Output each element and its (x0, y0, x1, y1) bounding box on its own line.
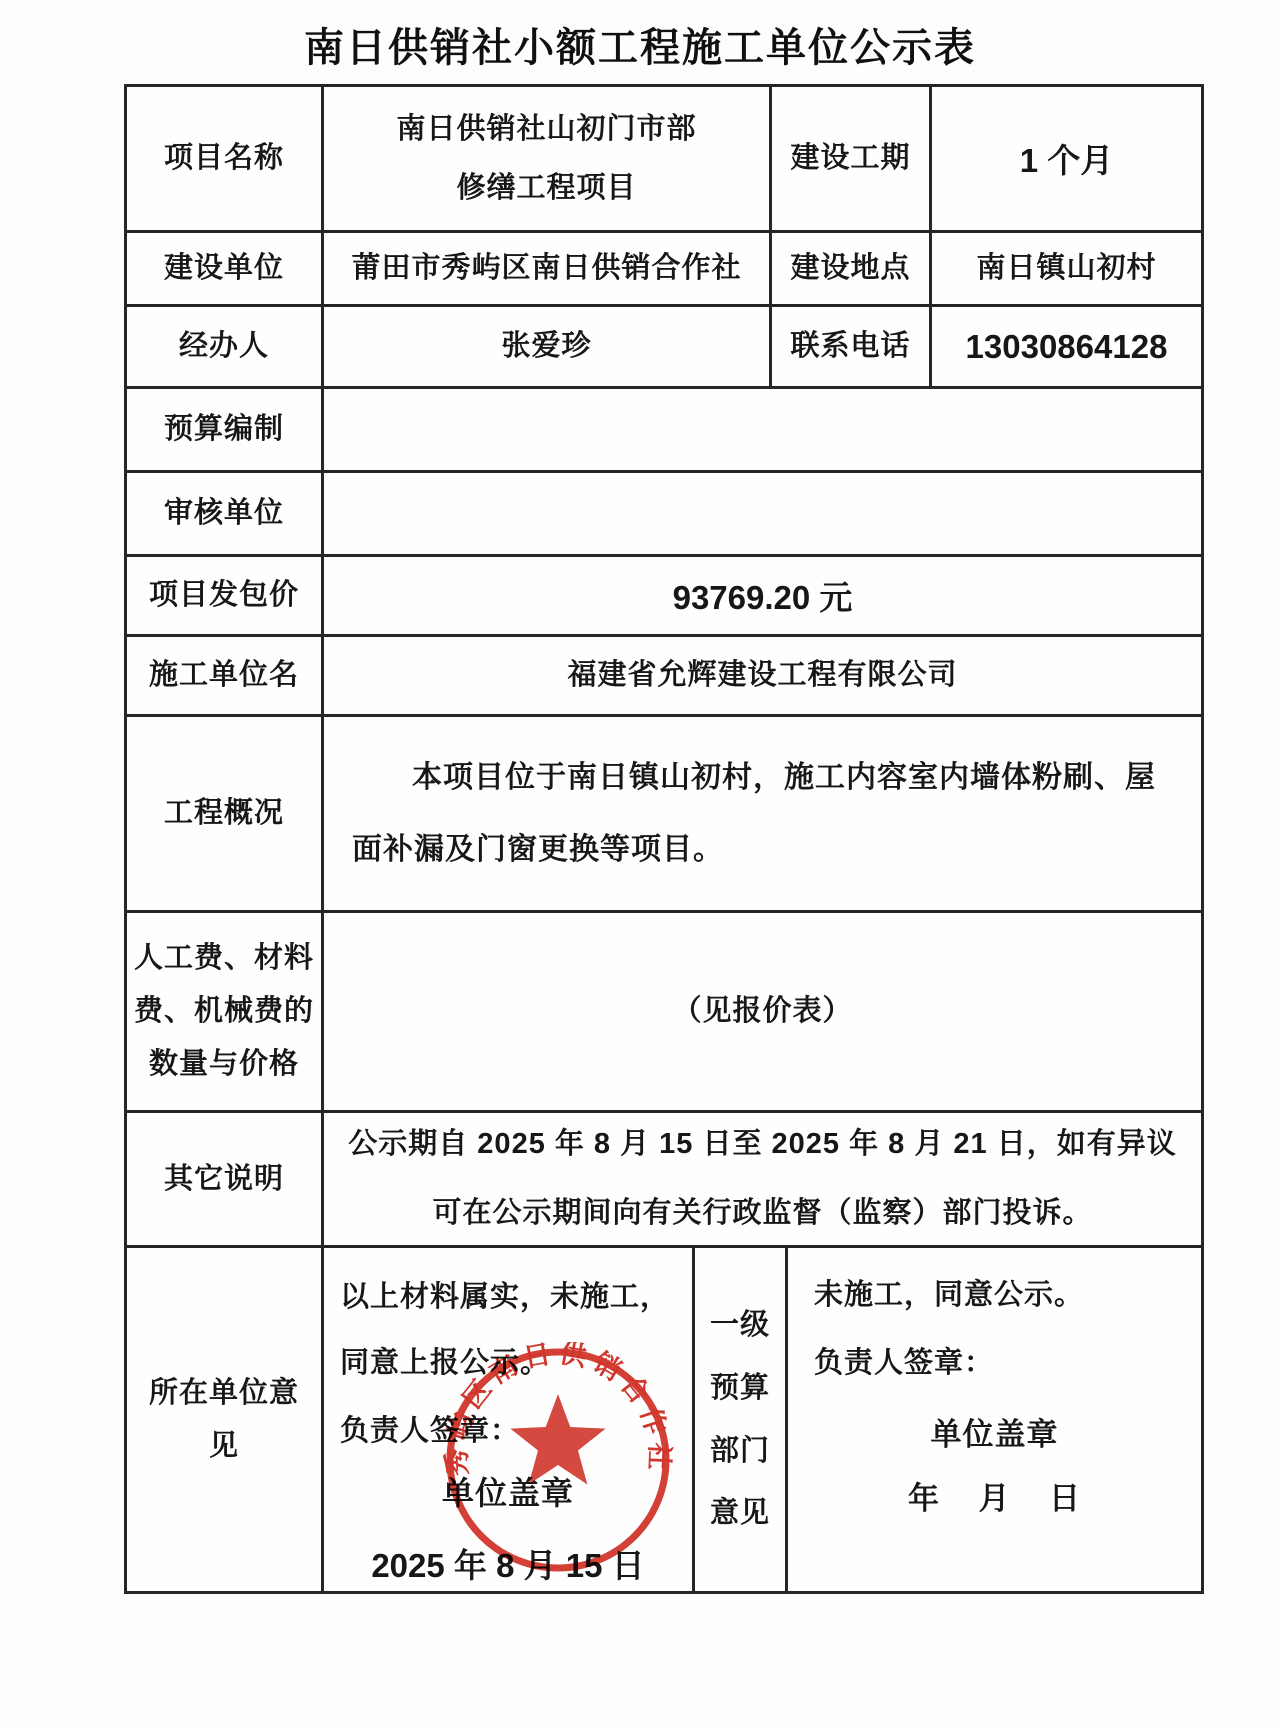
build-period-label: 建设工期 (790, 141, 910, 176)
project-overview-value-cell: 本项目位于南日镇山初村，施工内容室内墙体粉刷、屋面补漏及门窗更换等项目。 (324, 717, 1201, 910)
budget-preparation-label-cell: 预算编制 (127, 389, 324, 470)
costs-label-line2: 费、机械费的 (134, 994, 314, 1029)
budget-preparation-label: 预算编制 (164, 412, 284, 447)
row-costs: 人工费、材料 费、机械费的 数量与价格 （见报价表） (127, 913, 1201, 1113)
project-name-label-cell: 项目名称 (127, 87, 324, 230)
other-notes-label: 其它说明 (164, 1162, 284, 1197)
project-name-line2: 修缮工程项目 (456, 171, 636, 206)
dept-opinion-date: 年 月 日 (788, 1480, 1201, 1517)
notice-table: 项目名称 南日供销社山初门市部 修缮工程项目 建设工期 1 个月 建设单位 莆田… (124, 84, 1204, 1594)
dept-label-line1: 一级 (710, 1308, 770, 1343)
build-site-value: 南日镇山初村 (976, 251, 1156, 286)
construction-unit-label: 施工单位名 (149, 658, 299, 693)
project-name-label: 项目名称 (164, 141, 284, 176)
build-period-value: 1 个月 (1020, 135, 1114, 182)
row-handler: 经办人 张爱珍 联系电话 13030864128 (127, 307, 1201, 389)
build-site-label-cell: 建设地点 (772, 233, 932, 304)
budget-preparation-value-cell (324, 389, 1201, 470)
handler-label-cell: 经办人 (127, 307, 324, 386)
contract-price-label: 项目发包价 (149, 578, 299, 613)
build-site-value-cell: 南日镇山初村 (932, 233, 1201, 304)
build-unit-value-cell: 莆田市秀屿区南日供销合作社 (324, 233, 772, 304)
handler-value-cell: 张爱珍 (324, 307, 772, 386)
unit-opinion-line3: 负责人签章： (340, 1414, 520, 1449)
row-budget-preparation: 预算编制 (127, 389, 1201, 473)
costs-value: （见报价表） (672, 994, 852, 1029)
unit-opinion-line2: 同意上报公示。 (340, 1346, 550, 1381)
dept-label-line4: 意见 (710, 1496, 770, 1531)
project-name-line1: 南日供销社山初门市部 (396, 112, 696, 147)
project-name-value-cell: 南日供销社山初门市部 修缮工程项目 (324, 87, 772, 230)
build-period-label-cell: 建设工期 (772, 87, 932, 230)
row-build-unit: 建设单位 莆田市秀屿区南日供销合作社 建设地点 南日镇山初村 (127, 233, 1201, 307)
costs-value-cell: （见报价表） (324, 913, 1201, 1110)
contract-price-label-cell: 项目发包价 (127, 557, 324, 634)
build-period-value-cell: 1 个月 (932, 87, 1201, 230)
project-overview-label: 工程概况 (164, 796, 284, 831)
unit-opinion-label-line1: 所在单位意 (149, 1376, 299, 1411)
review-unit-label: 审核单位 (164, 496, 284, 531)
costs-label-line3: 数量与价格 (149, 1047, 299, 1082)
build-unit-label: 建设单位 (164, 251, 284, 286)
unit-opinion-label-cell: 所在单位意 见 (127, 1248, 324, 1591)
unit-seal-caption: 单位盖章 (324, 1474, 692, 1512)
review-unit-label-cell: 审核单位 (127, 473, 324, 554)
row-other-notes: 其它说明 公示期自 2025 年 8 月 15 日至 2025 年 8 月 21… (127, 1113, 1201, 1248)
row-project-overview: 工程概况 本项目位于南日镇山初村，施工内容室内墙体粉刷、屋面补漏及门窗更换等项目… (127, 717, 1201, 913)
build-unit-label-cell: 建设单位 (127, 233, 324, 304)
phone-value: 13030864128 (966, 328, 1168, 366)
dept-opinion-line1: 未施工，同意公示。 (814, 1278, 1084, 1313)
other-notes-label-cell: 其它说明 (127, 1113, 324, 1245)
other-notes-line1: 公示期自 2025 年 8 月 15 日至 2025 年 8 月 21 日，如有… (348, 1127, 1176, 1162)
dept-label-line2: 预算 (710, 1371, 770, 1406)
stamp-star (510, 1394, 605, 1485)
page-title: 南日供销社小额工程施工单位公示表 (0, 16, 1280, 73)
dept-opinion-cell: 未施工，同意公示。 负责人签章： 单位盖章 年 月 日 (788, 1248, 1201, 1591)
other-notes-line2: 可在公示期间向有关行政监督（监察）部门投诉。 (432, 1196, 1092, 1231)
phone-label: 联系电话 (790, 329, 910, 364)
scanned-notice-document: 南日供销社小额工程施工单位公示表 项目名称 南日供销社山初门市部 修缮工程项目 … (0, 0, 1280, 1728)
dept-opinion-line2: 负责人签章： (814, 1346, 994, 1381)
phone-label-cell: 联系电话 (772, 307, 932, 386)
unit-opinion-date: 2025 年 8 月 15 日 (324, 1540, 692, 1587)
row-opinions: 所在单位意 见 以上材料属实，未施工， 同意上报公示。 负责人签章： 单位盖章 … (127, 1248, 1201, 1591)
project-overview-text: 本项目位于南日镇山初村，施工内容室内墙体粉刷、屋面补漏及门窗更换等项目。 (324, 742, 1201, 886)
contract-price-value: 93769.20 元 (673, 572, 853, 619)
unit-opinion-label-line2: 见 (209, 1429, 239, 1464)
review-unit-value-cell (324, 473, 1201, 554)
contract-price-value-cell: 93769.20 元 (324, 557, 1201, 634)
costs-label-cell: 人工费、材料 费、机械费的 数量与价格 (127, 913, 324, 1110)
dept-opinion-label-cell: 一级 预算 部门 意见 (695, 1248, 788, 1591)
construction-unit-value-cell: 福建省允辉建设工程有限公司 (324, 637, 1201, 714)
construction-unit-value: 福建省允辉建设工程有限公司 (567, 658, 957, 693)
row-review-unit: 审核单位 (127, 473, 1201, 557)
stamp-circle (450, 1352, 666, 1568)
unit-opinion-cell: 以上材料属实，未施工， 同意上报公示。 负责人签章： 单位盖章 2025 年 8… (324, 1248, 695, 1591)
costs-label-line1: 人工费、材料 (134, 941, 314, 976)
handler-label: 经办人 (179, 329, 269, 364)
phone-value-cell: 13030864128 (932, 307, 1201, 386)
row-project-name: 项目名称 南日供销社山初门市部 修缮工程项目 建设工期 1 个月 (127, 87, 1201, 233)
project-overview-label-cell: 工程概况 (127, 717, 324, 910)
build-unit-value: 莆田市秀屿区南日供销合作社 (351, 251, 741, 286)
row-construction-unit: 施工单位名 福建省允辉建设工程有限公司 (127, 637, 1201, 717)
construction-unit-label-cell: 施工单位名 (127, 637, 324, 714)
build-site-label: 建设地点 (790, 251, 910, 286)
unit-opinion-line1: 以上材料属实，未施工， (340, 1280, 670, 1315)
dept-label-line3: 部门 (710, 1434, 770, 1469)
handler-value: 张爱珍 (501, 329, 591, 364)
other-notes-value-cell: 公示期自 2025 年 8 月 15 日至 2025 年 8 月 21 日，如有… (324, 1113, 1201, 1245)
dept-seal-caption: 单位盖章 (788, 1416, 1201, 1453)
row-contract-price: 项目发包价 93769.20 元 (127, 557, 1201, 637)
